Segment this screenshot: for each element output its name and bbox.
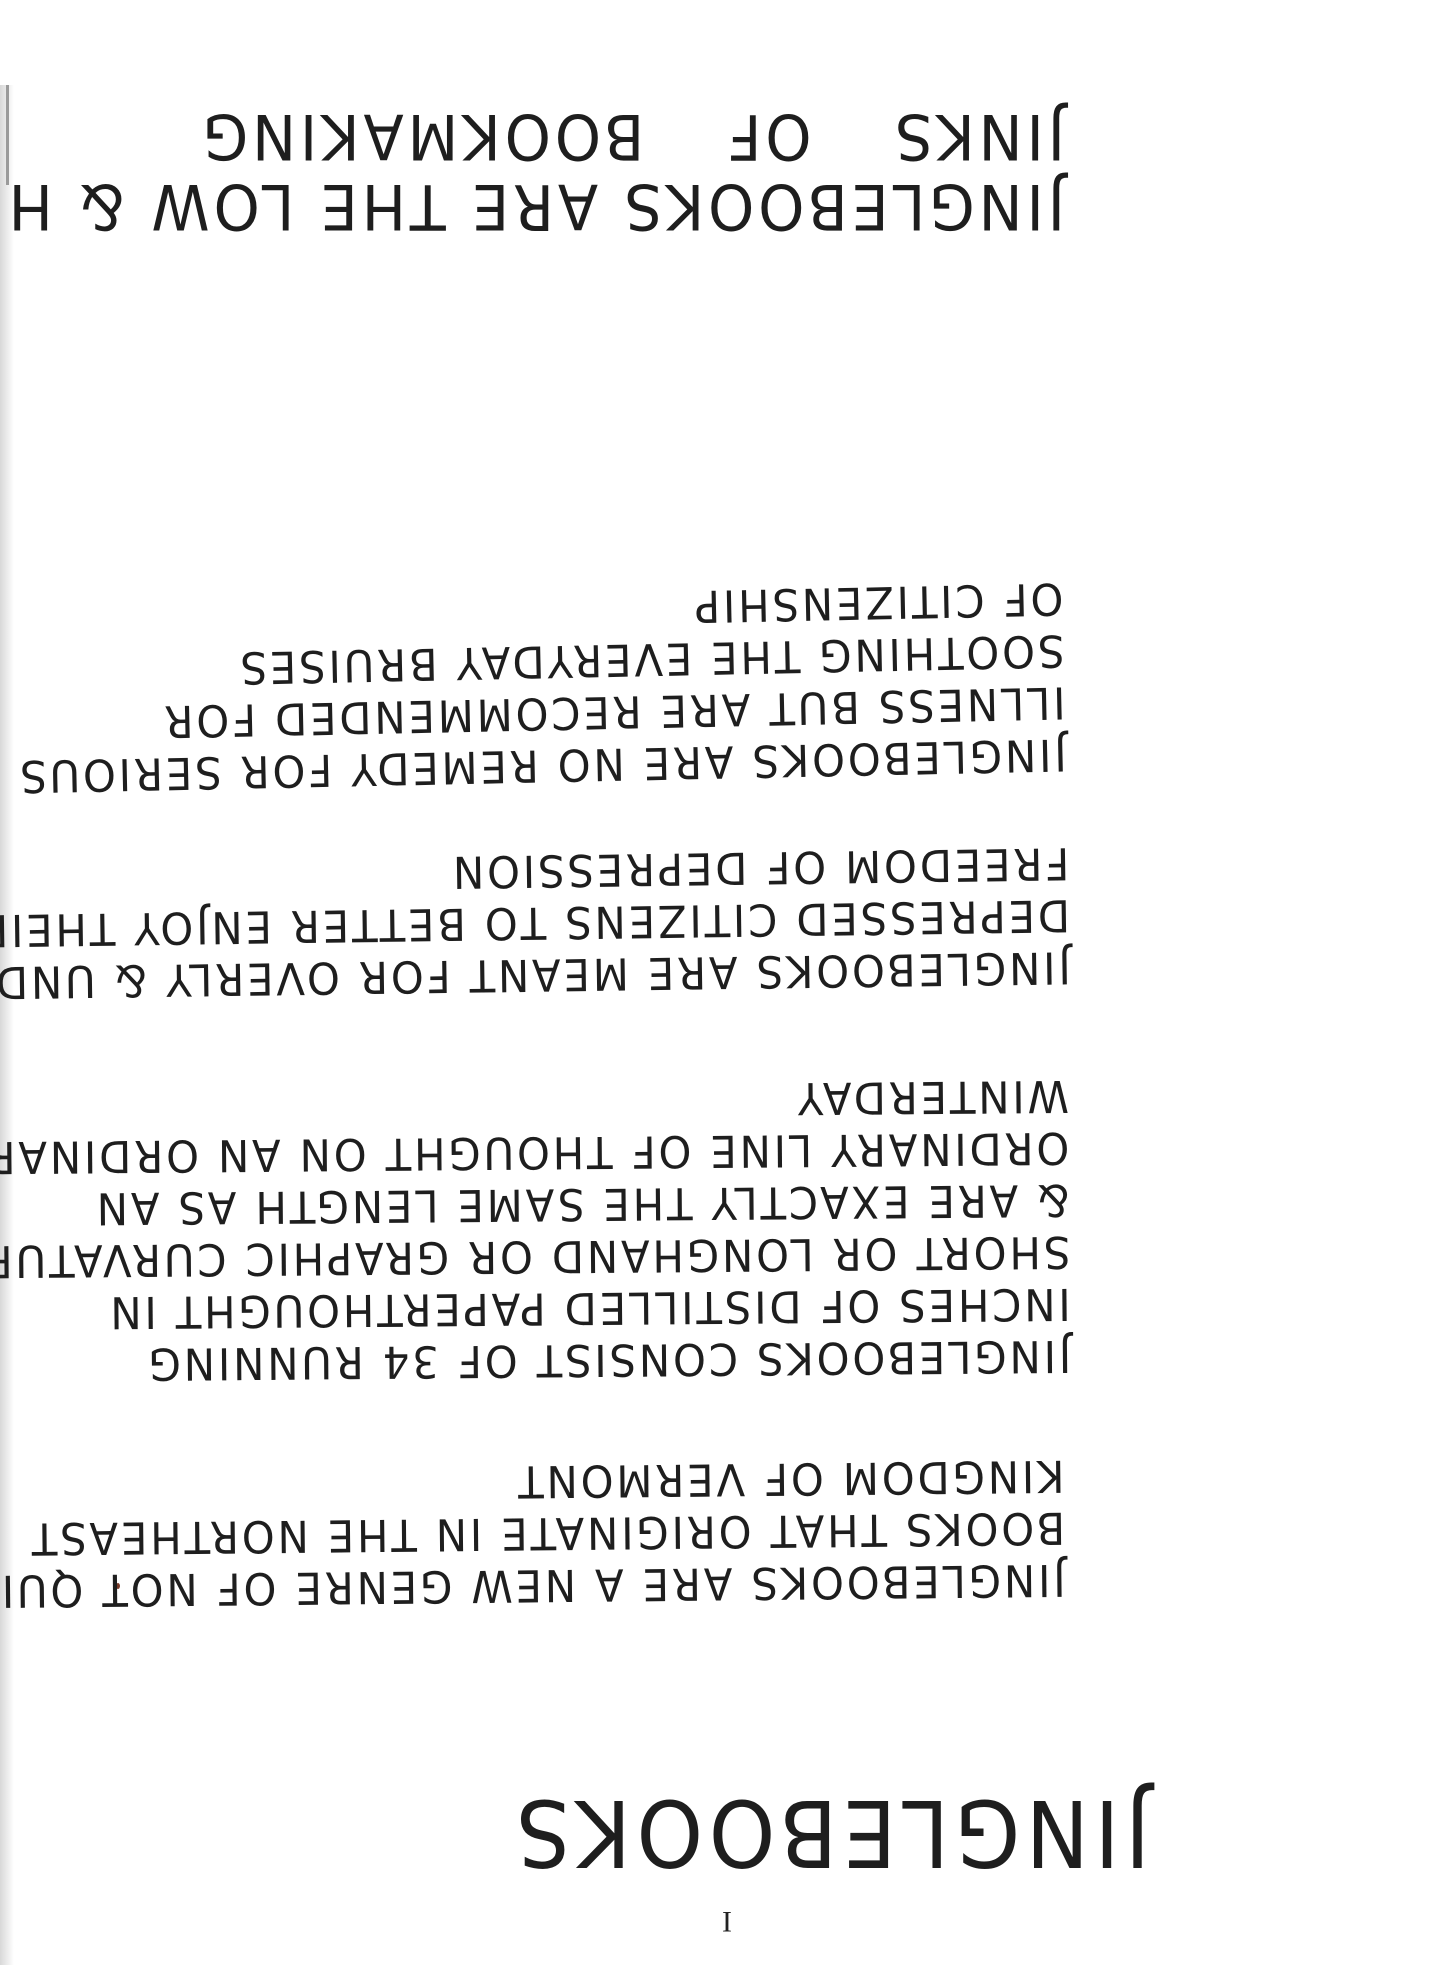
paragraph-genre: JINGLEBOOKS ARE A NEW GENRE OF NOT QUITE…	[0, 1449, 1066, 1617]
text-line: JINGLEBOOKS CONSIST OF 34 RUNNING	[0, 1329, 1071, 1391]
text-line: JINGLEBOOKS ARE A NEW GENRE OF NOT QUITE	[0, 1553, 1066, 1617]
text-line: INCHES OF DISTILLED PAPERTHOUGHT IN	[0, 1277, 1071, 1339]
paragraph-consist: JINGLEBOOKS CONSIST OF 34 RUNNING INCHES…	[0, 1069, 1071, 1391]
closing-statement: JINGLEBOOKS ARE THE LOW & HIGH JINKS OF …	[0, 101, 1065, 241]
text-line: JINKS OF BOOKMAKING	[0, 101, 1065, 171]
paragraph-remedy: JINGLEBOOKS ARE NO REMEDY FOR SERIOUS IL…	[0, 571, 1067, 802]
text-line: & ARE EXACTLY THE SAME LENGTH AS AN	[0, 1173, 1070, 1235]
text-line: SHORT OR LONGHAND OR GRAPHIC CURVATURE	[0, 1225, 1070, 1287]
text-line: ORDINARY LINE OF THOUGHT ON AN ORDINARY	[0, 1121, 1070, 1183]
paragraph-meant-for: JINGLEBOOKS ARE MEANT FOR OVERLY & UNDER…	[0, 836, 1071, 1009]
page-number: I	[722, 1904, 732, 1938]
text-line: WINTERDAY	[0, 1069, 1069, 1131]
page-title: JINGLEBOOKS	[511, 1779, 1150, 1886]
text-line: JINGLEBOOKS ARE THE LOW & HIGH	[0, 171, 1065, 241]
handwritten-page: I JINGLEBOOKS JINGLEBOOKS ARE A NEW GENR…	[0, 0, 1445, 1966]
